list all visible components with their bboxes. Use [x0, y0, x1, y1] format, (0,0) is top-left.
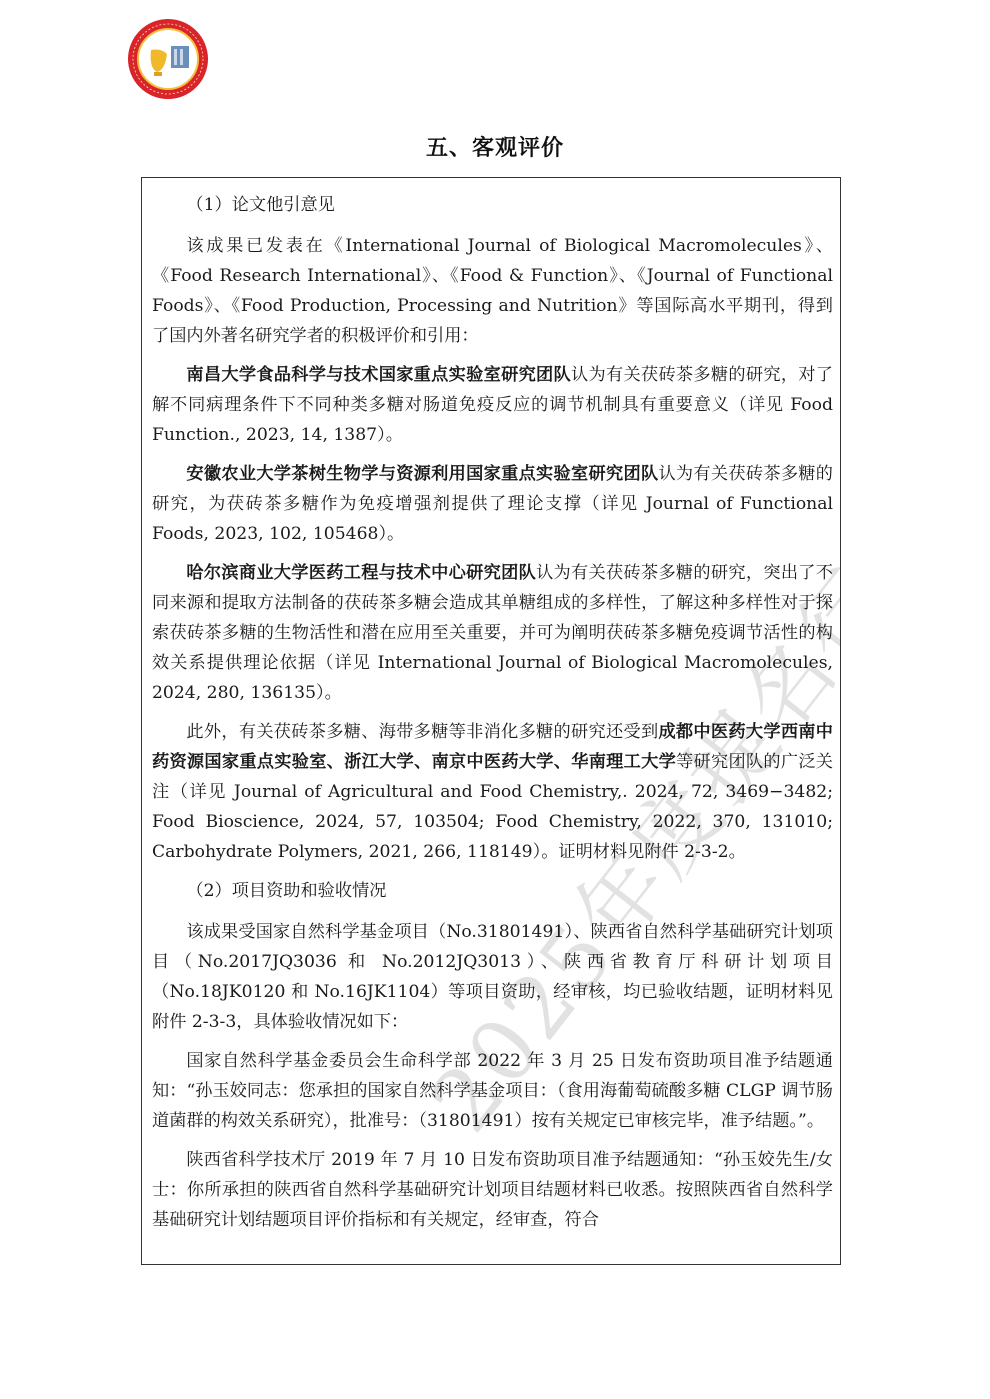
paragraph: 哈尔滨商业大学医药工程与技术中心研究团队认为有关茯砖茶多糖的研究，突出了不同来源… [152, 558, 833, 708]
evaluation-content: （1）论文他引意见该成果已发表在《International Journal o… [152, 190, 833, 1244]
paragraph: 安徽农业大学茶树生物学与资源利用国家重点实验室研究团队认为有关茯砖茶多糖的研究，… [152, 459, 833, 549]
paragraph: 国家自然科学基金委员会生命科学部 2022 年 3 月 25 日发布资助项目准予… [152, 1046, 833, 1136]
section-heading: （2）项目资助和验收情况 [152, 876, 833, 906]
research-team-name: 南昌大学食品科学与技术国家重点实验室研究团队 [186, 365, 571, 385]
paragraph-text: 该成果已发表在《International Journal of Biologi… [152, 236, 833, 346]
paragraph: 该成果已发表在《International Journal of Biologi… [152, 231, 833, 351]
paragraph: 陕西省科学技术厅 2019 年 7 月 10 日发布资助项目准予结题通知：“孙玉… [152, 1145, 833, 1235]
paragraph: 南昌大学食品科学与技术国家重点实验室研究团队认为有关茯砖茶多糖的研究，对了解不同… [152, 360, 833, 450]
paragraph-text: 陕西省科学技术厅 2019 年 7 月 10 日发布资助项目准予结题通知：“孙玉… [152, 1150, 833, 1230]
paragraph-text: 该成果受国家自然科学基金项目（No.31801491）、陕西省自然科学基础研究计… [152, 922, 833, 1032]
page-title: 五、客观评价 [0, 131, 990, 162]
paragraph-text: 认为有关茯砖茶多糖的研究，突出了不同来源和提取方法制备的茯砖茶多糖会造成其单糖组… [152, 563, 833, 703]
paragraph-text: 国家自然科学基金委员会生命科学部 2022 年 3 月 25 日发布资助项目准予… [152, 1051, 833, 1131]
section-heading: （1）论文他引意见 [152, 190, 833, 220]
research-team-name: 哈尔滨商业大学医药工程与技术中心研究团队 [186, 563, 536, 583]
research-team-name: 安徽农业大学茶树生物学与资源利用国家重点实验室研究团队 [186, 464, 658, 484]
objective-evaluation-box: 2025年度提名行正式版 （1）论文他引意见该成果已发表在《Internatio… [141, 177, 841, 1265]
paragraph: 该成果受国家自然科学基金项目（No.31801491）、陕西省自然科学基础研究计… [152, 917, 833, 1037]
red-round-seal-logo-icon [127, 18, 209, 100]
organization-seal-logo [127, 18, 209, 100]
paragraph: 此外，有关茯砖茶多糖、海带多糖等非消化多糖的研究还受到成都中医药大学西南中药资源… [152, 717, 833, 867]
paragraph-text: 此外，有关茯砖茶多糖、海带多糖等非消化多糖的研究还受到 [186, 722, 658, 742]
